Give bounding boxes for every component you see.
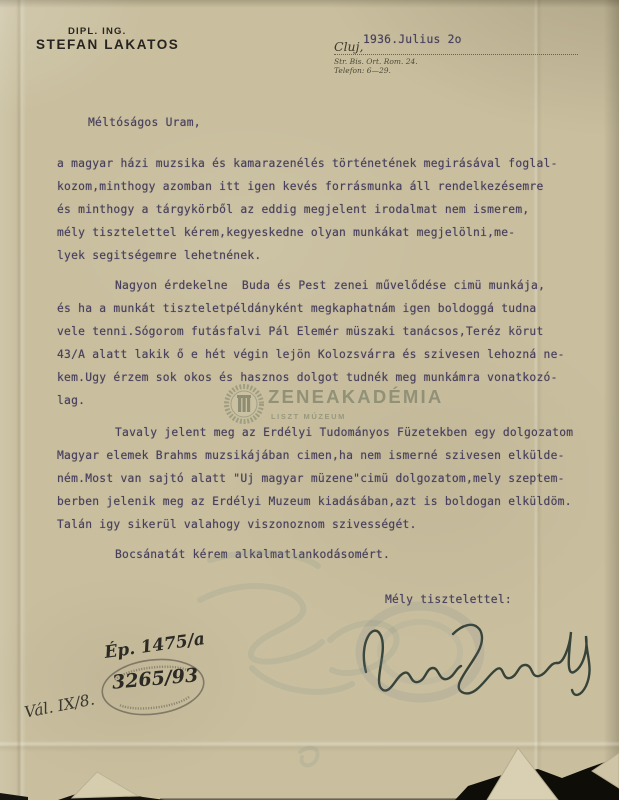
torn-bottom-edge	[0, 748, 619, 800]
typed-line: és ha a munkát tiszteletpéldányként megk…	[57, 302, 565, 325]
typed-date: 1936.Julius 2o	[363, 33, 462, 46]
typed-line: vele tenni.Sógorom futásfalvi Pál Elemér…	[57, 325, 565, 348]
date-line: Cluj, 1936.Julius 2o	[334, 30, 578, 55]
typed-line: mély tisztelettel kérem,kegyeskedne olya…	[57, 226, 558, 249]
handwritten-signature: Lakatos István	[350, 608, 606, 704]
typed-line: lyek segitségemre lehetnének.	[57, 249, 558, 272]
typed-line: Tavaly jelent meg az Erdélyi Tudományos …	[57, 426, 573, 449]
letterhead-address: Str. Bis. Ort. Rom. 24. Telefon: 6—29.	[334, 57, 418, 75]
typed-line: 43/A alatt lakik ő e hét végin lejön Kol…	[57, 348, 565, 371]
paragraph-4: Bocsánatát kérem alkalmatlankodásomért.	[57, 548, 390, 571]
typed-line: Nagyon érdekelne Buda és Pest zenei műve…	[57, 279, 565, 302]
typed-line: berben jelenik meg az Erdélyi Muzeum kia…	[57, 495, 573, 518]
typed-line: és minthogy a tárgykörből az eddig megje…	[57, 203, 558, 226]
paragraph-1: a magyar házi muzsika és kamarazenélés t…	[57, 157, 558, 272]
shelfmark-handwriting: Vál. IX/8.	[23, 690, 96, 721]
letterhead-name: STEFAN LAKATOS	[36, 37, 179, 52]
typed-line: lag.	[57, 394, 565, 417]
typed-line: ném.Most van sajtó alatt "Uj magyar müze…	[57, 472, 573, 495]
salutation: Méltóságos Uram,	[88, 116, 201, 129]
typed-line: a magyar házi muzsika és kamarazenélés t…	[57, 157, 558, 180]
address-street: Str. Bis. Ort. Rom. 24.	[334, 57, 418, 66]
typed-line: Bocsánatát kérem alkalmatlankodásomért.	[57, 548, 390, 571]
signature-name-text: Lakatos István	[0, 0, 1, 1]
typed-line: Talán igy sikerül valahogy viszonoznom s…	[57, 518, 573, 541]
typed-line: kem.Ugy érzem sok okos és hasznos dolgot…	[57, 371, 565, 394]
address-phone: Telefon: 6—29.	[334, 66, 418, 75]
letterhead-title: DIPL. ING.	[68, 26, 126, 37]
typed-line: kozom,minthogy azomban itt igen kevés fo…	[57, 180, 558, 203]
scanned-letter-page: DIPL. ING. STEFAN LAKATOS Cluj, 1936.Jul…	[0, 0, 619, 800]
paragraph-2: Nagyon érdekelne Buda és Pest zenei műve…	[57, 279, 565, 417]
date-place: Cluj,	[334, 39, 363, 54]
closing-formula: Mély tisztelettel:	[385, 593, 512, 606]
paragraph-3: Tavaly jelent meg az Erdélyi Tudományos …	[57, 426, 573, 541]
typed-line: Magyar elemek Brahms muzsikájában cimen,…	[57, 449, 573, 472]
